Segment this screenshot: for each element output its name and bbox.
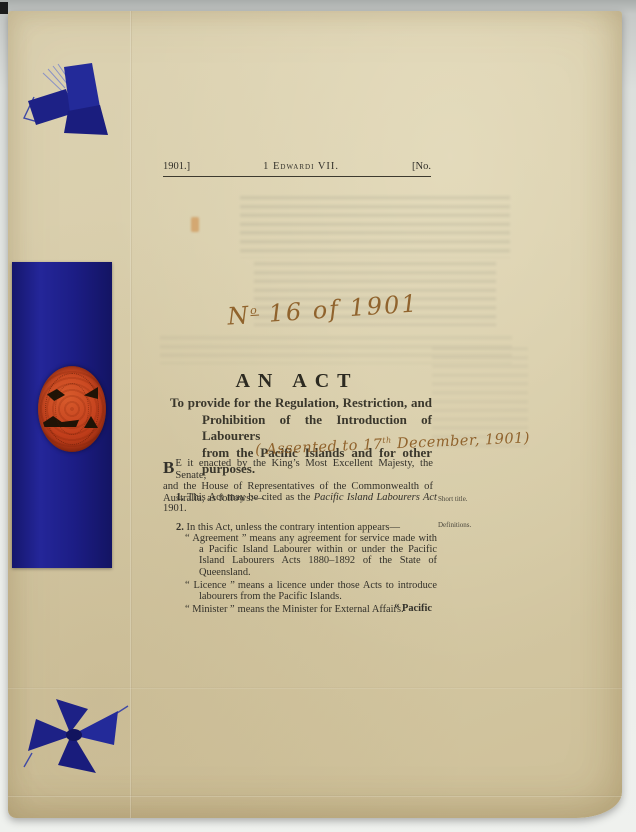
section-number: 2. [176,522,184,533]
margin-note-definitions: Definitions. [438,521,528,529]
act-number-prefix: N [227,301,252,331]
section-1: 1. This Act may be cited as the Pacific … [163,492,437,515]
definition-term: “ Minister ” [185,604,235,615]
definition-agreement: “ Agreement ”means any agreement for ser… [163,533,437,578]
enacting-line: E it enacted by the King’s Most Excellen… [163,458,433,481]
assent-superscript: th [382,436,392,445]
section-text: 1901. [163,503,187,514]
ribbon-bow-top [20,61,115,141]
seal-impression-mark [43,416,79,427]
drop-cap-initial: B [163,458,175,480]
scan-corner-mark [0,2,8,14]
page-header: 1901.] 1 Edwardi VII. [No. [163,161,431,177]
margin-note-short-title: Short title. [438,495,528,503]
definition-term: “ Licence ” [185,580,235,591]
seal-impression-mark [47,389,65,401]
header-number: [No. [412,161,431,172]
faint-stamp-mark [191,217,199,232]
section-2: 2. In this Act, unless the contrary inte… [163,522,437,533]
section-text: In this Act, unless the contrary intenti… [187,522,400,533]
header-regnal-title: 1 Edwardi VII. [263,161,339,172]
long-title-line: To provide for the Regulation, Restricti… [170,395,432,412]
bleed-through-text [240,196,510,258]
fold-crease-horizontal [8,687,622,689]
scan-background: { "document": { "header": { "year_left":… [0,0,636,832]
fold-crease-horizontal [8,795,622,797]
act-heading: AN ACT [163,370,431,393]
catchword: “ Pacific [242,603,432,614]
seal-impression-mark [84,387,98,399]
act-citation: Pacific Island Labourers Act [314,492,437,503]
parchment-page: 1901.] 1 Edwardi VII. [No. No 16 of 1901… [8,11,622,818]
header-year: 1901.] [163,161,190,172]
definition-licence: “ Licence ”means a licence under those A… [163,580,437,602]
section-number: 1. [176,492,184,503]
wax-seal [38,366,106,452]
section-text: This Act may be cited as the [187,492,310,503]
definition-term: “ Agreement ” [185,533,247,544]
ribbon-bow-bottom [22,695,132,780]
seal-impression-mark [84,416,98,428]
